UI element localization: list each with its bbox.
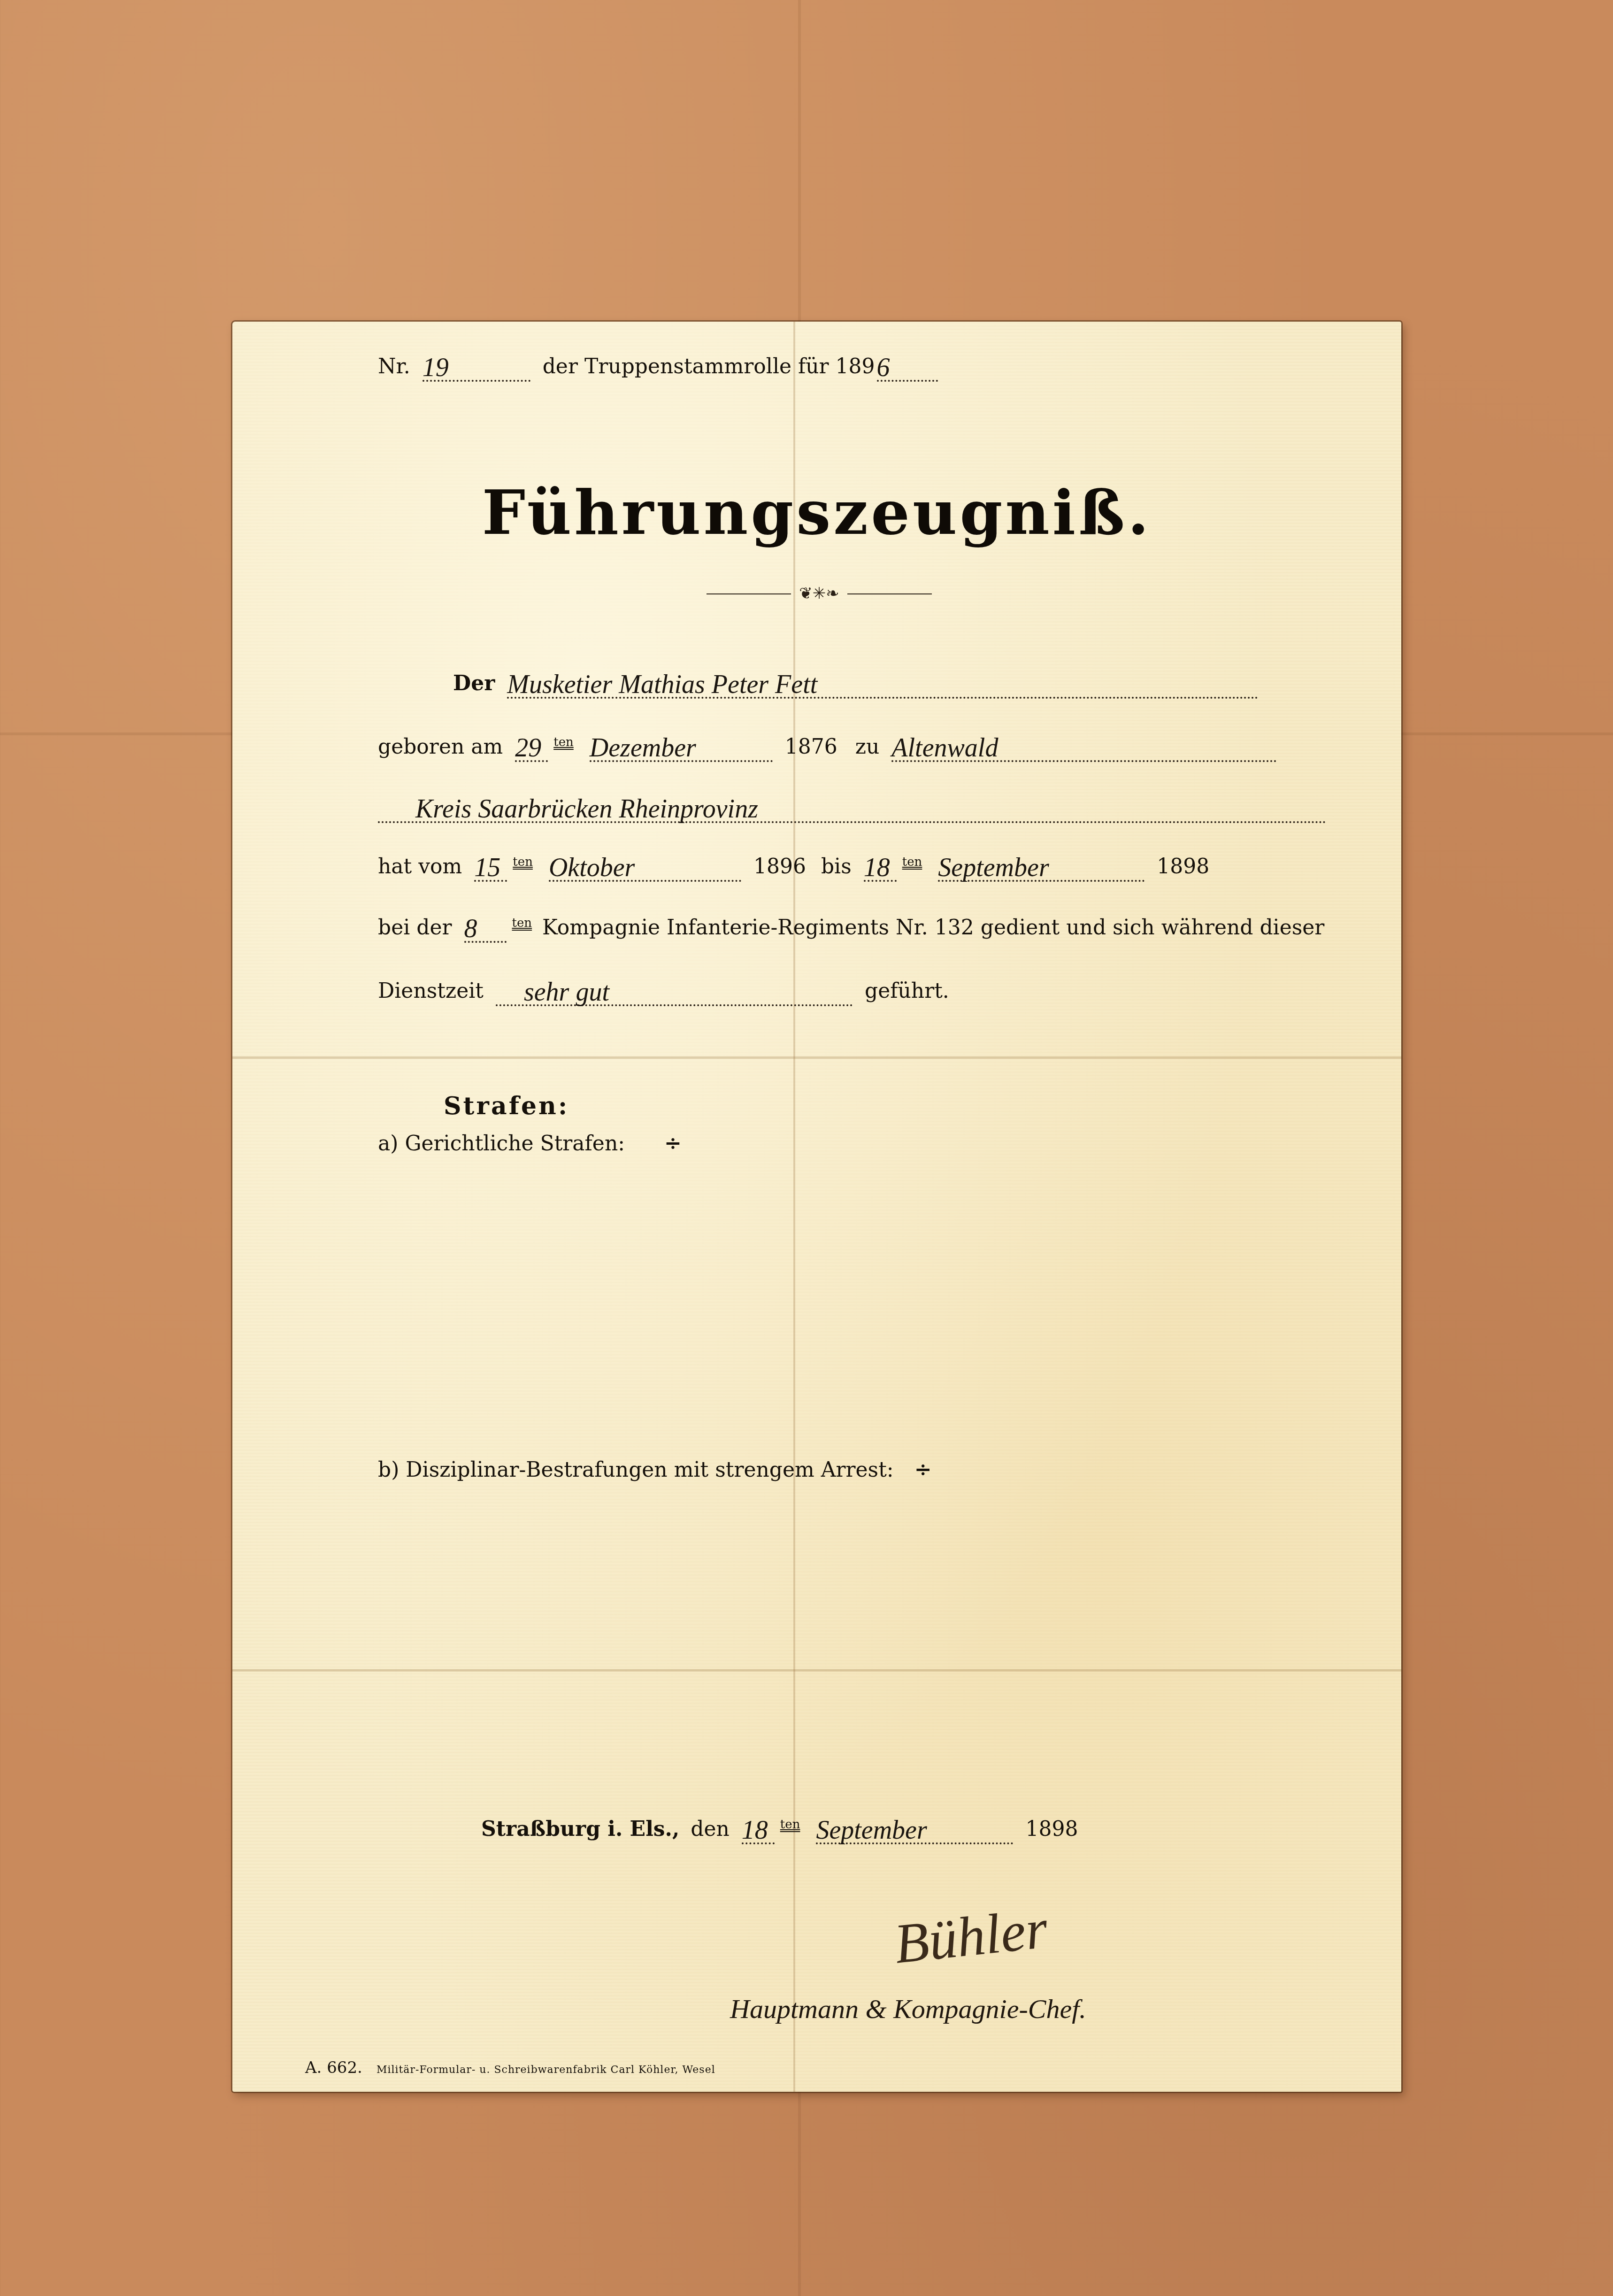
to-day-suffix: ten bbox=[902, 855, 922, 869]
nr-value: 19 bbox=[422, 353, 449, 382]
issued-day-suffix: ten bbox=[780, 1818, 800, 1832]
court-penalties-value: ÷ bbox=[664, 1132, 682, 1156]
district-value: Kreis Saarbrücken Rheinprovinz bbox=[415, 794, 758, 824]
born-month-field: Dezember bbox=[590, 730, 773, 762]
born-day: 29 bbox=[515, 733, 541, 763]
born-year: 1876 bbox=[785, 735, 837, 759]
roll-year-digit: 6 bbox=[877, 353, 890, 382]
born-place-field: Altenwald bbox=[891, 730, 1276, 762]
to-day-field: 18 bbox=[864, 850, 897, 882]
district-field: Kreis Saarbrücken Rheinprovinz bbox=[378, 791, 1326, 823]
issued-line: Straßburg i. Els., den 18ten September 1… bbox=[481, 1812, 1078, 1844]
from-month-field: Oktober bbox=[549, 850, 741, 882]
from-day-field: 15 bbox=[474, 850, 507, 882]
issued-month: September bbox=[816, 1816, 927, 1845]
signature-name: Bühler bbox=[891, 1896, 1051, 1976]
to-year: 1898 bbox=[1157, 855, 1209, 878]
issued-place: Straßburg i. Els., bbox=[481, 1817, 679, 1841]
penalties-heading: Strafen: bbox=[444, 1092, 569, 1120]
born-place: Altenwald bbox=[891, 733, 998, 763]
born-label: geboren am bbox=[378, 735, 503, 759]
disciplinary-penalties-label: b) Disziplinar-Bestrafungen mit strengem… bbox=[378, 1458, 894, 1482]
birth-line: geboren am 29ten Dezember 1876 zu Altenw… bbox=[378, 730, 1282, 762]
to-label: bis bbox=[821, 855, 852, 878]
conduct-value: sehr gut bbox=[524, 978, 609, 1007]
born-place-label: zu bbox=[855, 735, 880, 759]
conduct-line: Dienstzeit sehr gut geführt. bbox=[378, 974, 949, 1006]
from-day: 15 bbox=[474, 853, 500, 882]
service-period-line: hat vom 15ten Oktober 1896 bis 18ten Sep… bbox=[378, 850, 1209, 882]
unit-text: Kompagnie Infanterie-Regiments Nr. 132 g… bbox=[542, 916, 1324, 940]
born-day-field: 29 bbox=[515, 730, 548, 762]
document-title: Führungszeugniß. bbox=[232, 477, 1401, 548]
from-month: Oktober bbox=[549, 853, 635, 882]
court-penalties-label: a) Gerichtliche Strafen: bbox=[378, 1132, 625, 1156]
title-ornament: ❦✳❧ bbox=[707, 587, 932, 601]
born-day-suffix: ten bbox=[553, 735, 574, 749]
disciplinary-penalties-line: b) Disziplinar-Bestrafungen mit strengem… bbox=[378, 1458, 932, 1482]
issued-day: 18 bbox=[742, 1816, 768, 1845]
disciplinary-penalties-value: ÷ bbox=[914, 1458, 932, 1482]
person-line: Der Musketier Mathias Peter Fett bbox=[453, 667, 1264, 699]
company-number-field: 8 bbox=[464, 911, 507, 943]
from-year: 1896 bbox=[753, 855, 806, 878]
issued-day-field: 18 bbox=[742, 1812, 775, 1844]
form-number: A. 662. bbox=[305, 2058, 362, 2077]
den-label: den bbox=[691, 1817, 730, 1841]
printer-imprint: Militär-Formular- u. Schreibwarenfabrik … bbox=[376, 2064, 715, 2076]
from-label: hat vom bbox=[378, 855, 462, 878]
nr-field: 19 bbox=[422, 350, 530, 382]
to-day: 18 bbox=[864, 853, 890, 882]
signature-title: Hauptmann & Kompagnie-Chef. bbox=[730, 1993, 1086, 2025]
from-day-suffix: ten bbox=[513, 855, 533, 869]
certificate-sheet: Nr. 19 der Truppenstammrolle für 1896 Fü… bbox=[232, 322, 1401, 2092]
rank-and-name: Musketier Mathias Peter Fett bbox=[507, 670, 817, 699]
conduct-label: Dienstzeit bbox=[378, 979, 484, 1003]
conduct-suffix: geführt. bbox=[865, 979, 949, 1003]
nr-label: Nr. bbox=[378, 354, 410, 378]
district-line: Kreis Saarbrücken Rheinprovinz bbox=[378, 791, 1332, 823]
conduct-field: sehr gut bbox=[496, 974, 853, 1006]
roll-text: der Truppenstammrolle für 189 bbox=[543, 354, 875, 378]
company-suffix: ten bbox=[512, 916, 532, 930]
der-label: Der bbox=[453, 671, 495, 695]
court-penalties-line: a) Gerichtliche Strafen: ÷ bbox=[378, 1132, 682, 1156]
unit-label-pre: bei der bbox=[378, 916, 452, 940]
form-footer: A. 662. Militär-Formular- u. Schreibware… bbox=[305, 2054, 715, 2078]
company-number: 8 bbox=[464, 914, 477, 943]
to-month: September bbox=[938, 853, 1049, 882]
fold-line-horizontal bbox=[232, 1056, 1401, 1059]
roll-number-line: Nr. 19 der Truppenstammrolle für 1896 bbox=[378, 350, 944, 382]
to-month-field: September bbox=[938, 850, 1144, 882]
issued-month-field: September bbox=[816, 1812, 1013, 1844]
roll-year-field: 6 bbox=[877, 350, 938, 382]
born-month: Dezember bbox=[590, 733, 696, 763]
name-field: Musketier Mathias Peter Fett bbox=[507, 667, 1258, 699]
ornament-glyph: ❦✳❧ bbox=[799, 584, 839, 603]
issued-year: 1898 bbox=[1025, 1817, 1078, 1841]
fold-line-horizontal bbox=[232, 1669, 1401, 1672]
unit-line: bei der 8ten Kompagnie Infanterie-Regime… bbox=[378, 911, 1324, 943]
